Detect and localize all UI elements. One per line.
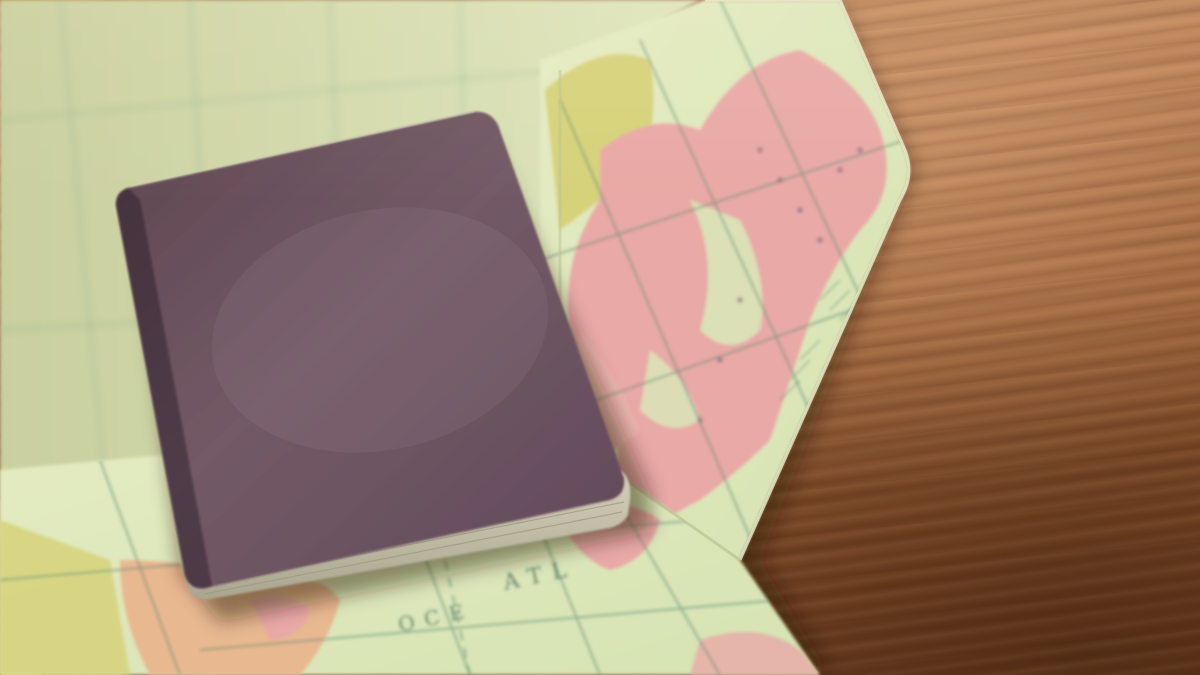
folded-world-map: ATL OCE [0,0,1200,675]
photo-scene: ATL OCE [0,0,1200,675]
